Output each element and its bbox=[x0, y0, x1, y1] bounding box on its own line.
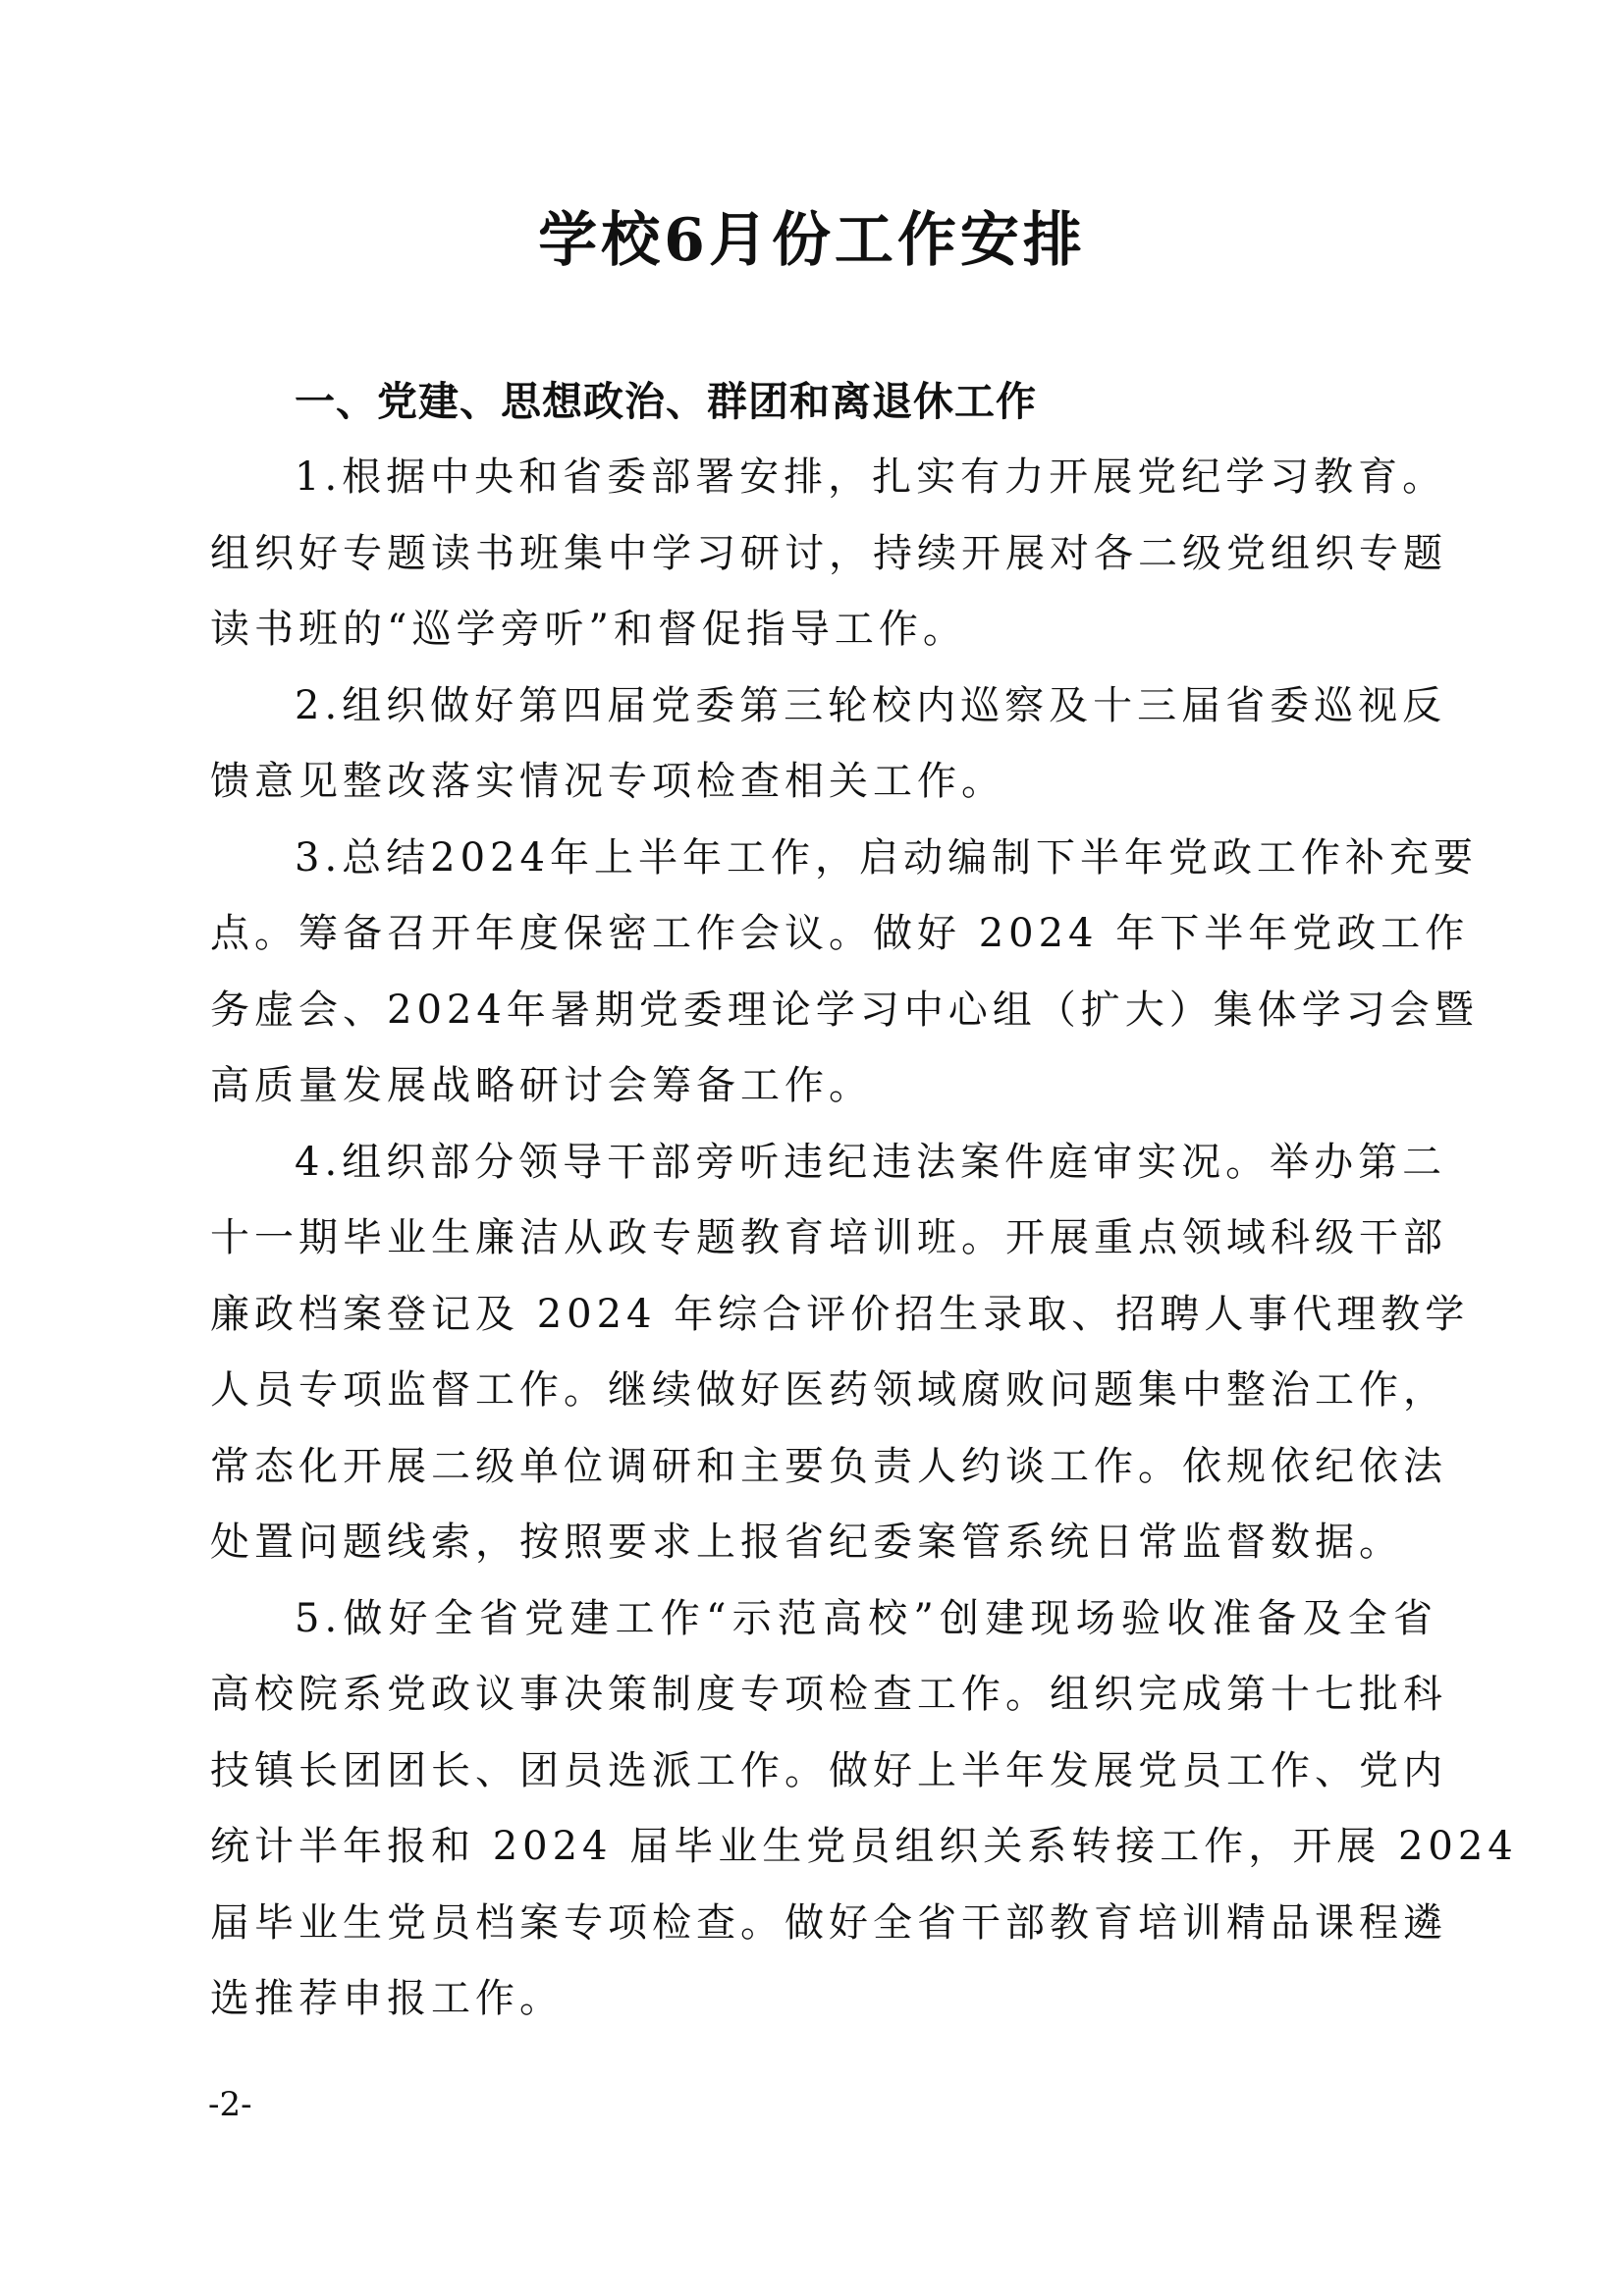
document-title: 学校6月份工作安排 bbox=[0, 201, 1624, 280]
paragraph-item-1: 1.根据中央和省委部署安排，扎实有力开展党纪学习教育。 组织好专题读书班集中学习… bbox=[210, 440, 1437, 668]
paragraph-line: 读书班的“巡学旁听”和督促指导工作。 bbox=[210, 592, 1437, 668]
paragraph-line: 馈意见整改落实情况专项检查相关工作。 bbox=[210, 744, 1437, 821]
paragraph-line: 高校院系党政议事决策制度专项检查工作。组织完成第十七批科 bbox=[210, 1657, 1437, 1734]
paragraph-item-5: 5.做好全省党建工作“示范高校”创建现场验收准备及全省 高校院系党政议事决策制度… bbox=[210, 1581, 1437, 2038]
paragraph-line: 点。筹备召开年度保密工作会议。做好 2024 年下半年党政工作 bbox=[210, 896, 1437, 973]
paragraph-item-2: 2.组织做好第四届党委第三轮校内巡察及十三届省委巡视反 馈意见整改落实情况专项检… bbox=[210, 668, 1437, 821]
paragraph-line: 技镇长团团长、团员选派工作。做好上半年发展党员工作、党内 bbox=[210, 1734, 1437, 1810]
paragraph-line: 4.组织部分领导干部旁听违纪违法案件庭审实况。举办第二 bbox=[210, 1125, 1437, 1201]
paragraph-line: 选推荐申报工作。 bbox=[210, 1961, 1437, 2038]
paragraph-line: 统计半年报和 2024 届毕业生党员组织关系转接工作，开展 2024 bbox=[210, 1809, 1437, 1886]
paragraph-line: 人员专项监督工作。继续做好医药领域腐败问题集中整治工作， bbox=[210, 1353, 1437, 1429]
paragraph-line: 高质量发展战略研讨会筹备工作。 bbox=[210, 1048, 1437, 1125]
paragraph-line: 廉政档案登记及 2024 年综合评价招生录取、招聘人事代理教学 bbox=[210, 1277, 1437, 1354]
paragraph-line: 组织好专题读书班集中学习研讨，持续开展对各二级党组织专题 bbox=[210, 516, 1437, 593]
document-page: 学校6月份工作安排 一、党建、思想政治、群团和离退休工作 1.根据中央和省委部署… bbox=[0, 0, 1624, 2296]
paragraph-line: 届毕业生党员档案专项检查。做好全省干部教育培训精品课程遴 bbox=[210, 1886, 1437, 1962]
paragraph-line: 处置问题线索，按照要求上报省纪委案管系统日常监督数据。 bbox=[210, 1505, 1437, 1581]
paragraph-line: 3.总结2024年上半年工作，启动编制下半年党政工作补充要 bbox=[210, 821, 1437, 897]
section-heading-party-building: 一、党建、思想政治、群团和离退休工作 bbox=[210, 363, 1437, 440]
paragraph-line: 1.根据中央和省委部署安排，扎实有力开展党纪学习教育。 bbox=[210, 440, 1437, 516]
paragraph-item-3: 3.总结2024年上半年工作，启动编制下半年党政工作补充要 点。筹备召开年度保密… bbox=[210, 821, 1437, 1125]
document-body: 一、党建、思想政治、群团和离退休工作 1.根据中央和省委部署安排，扎实有力开展党… bbox=[210, 363, 1437, 2038]
paragraph-line: 2.组织做好第四届党委第三轮校内巡察及十三届省委巡视反 bbox=[210, 668, 1437, 745]
paragraph-line: 常态化开展二级单位调研和主要负责人约谈工作。依规依纪依法 bbox=[210, 1429, 1437, 1506]
paragraph-line: 务虚会、2024年暑期党委理论学习中心组（扩大）集体学习会暨 bbox=[210, 973, 1437, 1049]
paragraph-line: 十一期毕业生廉洁从政专题教育培训班。开展重点领域科级干部 bbox=[210, 1201, 1437, 1277]
paragraph-line: 5.做好全省党建工作“示范高校”创建现场验收准备及全省 bbox=[210, 1581, 1437, 1658]
paragraph-item-4: 4.组织部分领导干部旁听违纪违法案件庭审实况。举办第二 十一期毕业生廉洁从政专题… bbox=[210, 1125, 1437, 1581]
page-number: -2- bbox=[208, 2085, 252, 2124]
